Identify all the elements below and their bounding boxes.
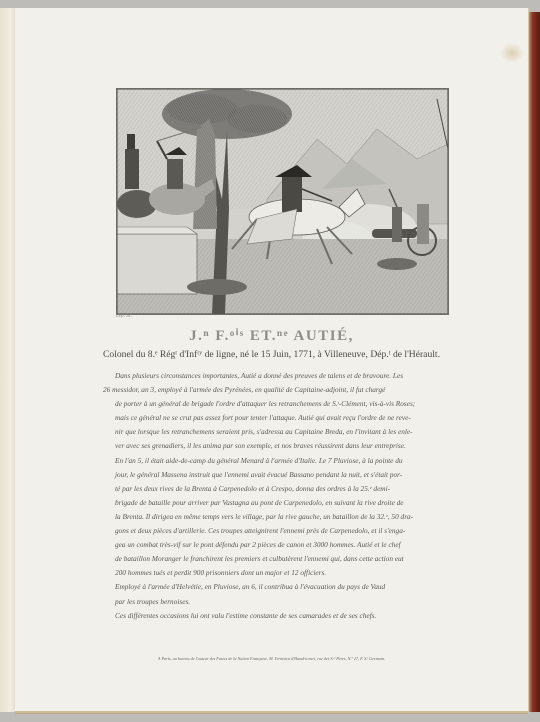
book-spine — [528, 12, 540, 712]
text-line: 26 messidor, an 3, employé à l'armée des… — [103, 383, 475, 397]
book-page: Lefr. Sc. J.ⁿ F.ᵒⁱˢ ET.ⁿᵉ AUTIÉ, Colonel… — [15, 8, 528, 713]
text-line: gons et deux pièces d'artillerie. Ces tr… — [103, 524, 475, 538]
text-line: la Brenta. Il dirigea en même temps vers… — [103, 510, 475, 524]
publisher-imprint: A Paris, au bureau de l'auteur des Faste… — [15, 656, 528, 661]
text-line: gea un combat très-vif sur le pont défen… — [103, 538, 475, 552]
text-line: nir que lorsque les retranchemens seraie… — [103, 425, 475, 439]
text-line: de porter à un général de brigade l'ordr… — [103, 397, 475, 411]
text-line: jour, le général Massena instruit que l'… — [103, 468, 475, 482]
text-line: brigade de bataille pour arriver par Vas… — [103, 496, 475, 510]
text-line: En l'an 5, il était aide-de-camp du géné… — [103, 454, 475, 468]
page-title: J.ⁿ F.ᵒⁱˢ ET.ⁿᵉ AUTIÉ, — [15, 326, 528, 345]
text-line: de bataillon Moranger le franchirent les… — [103, 552, 475, 566]
paragraph-3: Employé à l'armée d'Helvétie, en Pluvios… — [103, 580, 475, 608]
battle-scene-illustration — [117, 89, 448, 314]
paragraph-2: En l'an 5, il était aide-de-camp du géné… — [103, 454, 475, 581]
biography-text: Dans plusieurs circonstances importantes… — [103, 369, 475, 623]
paragraph-1: Dans plusieurs circonstances importantes… — [103, 369, 475, 454]
text-line: té par les deux rives de la Brenta à Car… — [103, 482, 475, 496]
text-line: ver avec ses grenadiers, il les anima pa… — [103, 439, 475, 453]
text-line: par les troupes bernoises. — [103, 595, 475, 609]
text-line: Employé à l'armée d'Helvétie, en Pluvios… — [103, 580, 475, 594]
engraving-plate — [116, 88, 449, 315]
paragraph-4: Ces différentes occasions lui ont valu l… — [103, 609, 475, 623]
page-subtitle: Colonel du 8.ᵉ Régᵗ d'Infʳʸ de ligne, né… — [15, 349, 528, 360]
text-line: Dans plusieurs circonstances importantes… — [103, 369, 475, 383]
engraver-signature: Lefr. Sc. — [116, 314, 132, 319]
foxing-stain — [500, 43, 524, 63]
text-line: Ces différentes occasions lui ont valu l… — [103, 609, 475, 623]
text-line: mais ce général ne se crut pas assez for… — [103, 411, 475, 425]
text-line: 200 hommes tués et perdit 900 prisonnier… — [103, 566, 475, 580]
